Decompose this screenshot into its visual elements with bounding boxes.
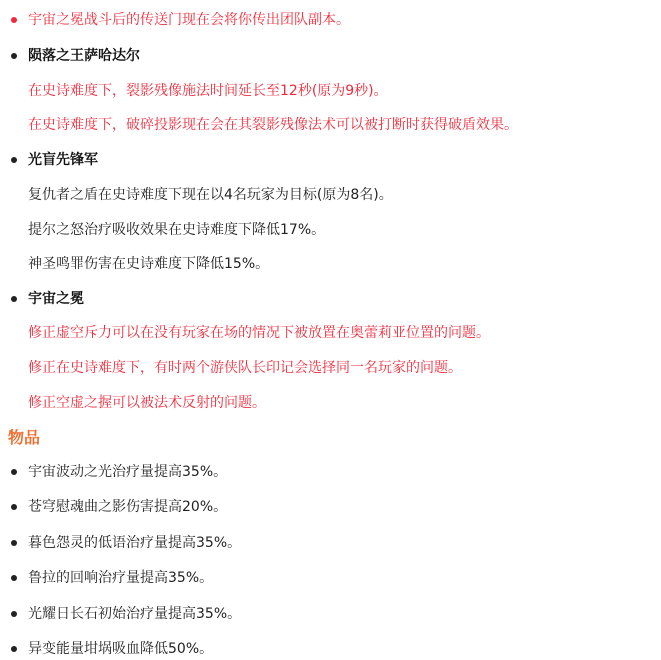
boss-note: 提尔之怒治疗吸收效果在史诗难度下降低17%。	[0, 219, 325, 241]
bullet-icon	[11, 469, 17, 475]
item-text: 鲁拉的回响治疗量提高35%。	[28, 570, 213, 586]
boss-note: 在史诗难度下，裂影残像施法时间延长至12秒(原为9秒)。	[0, 80, 388, 102]
boss-note: 复仇者之盾在史诗难度下现在以4名玩家为目标(原为8名)。	[0, 184, 393, 206]
boss-heading-vanguard: 光盲先锋军	[0, 149, 98, 171]
item-text: 光耀日长石初始治疗量提高35%。	[28, 606, 241, 622]
note-text: 在史诗难度下，破碎投影现在会在其裂影残像法术可以被打断时获得破盾效果。	[28, 117, 518, 133]
item-list-item: 宇宙波动之光治疗量提高35%。	[0, 461, 227, 483]
patch-notes-document: 宇宙之冕战斗后的传送门现在会将你传出团队副本。 陨落之王萨哈达尔 在史诗难度下，…	[0, 0, 661, 660]
note-text: 在史诗难度下，裂影残像施法时间延长至12秒(原为9秒)。	[28, 83, 388, 99]
boss-note: 修正在史诗难度下，有时两个游侠队长印记会选择同一名玩家的问题。	[0, 357, 462, 379]
note-text: 神圣鸣罪伤害在史诗难度下降低15%。	[28, 256, 269, 272]
item-text: 苍穹慰魂曲之影伤害提高20%。	[28, 499, 227, 515]
boss-heading-crown: 宇宙之冕	[0, 288, 84, 310]
item-list-item: 鲁拉的回响治疗量提高35%。	[0, 567, 213, 589]
bullet-icon	[11, 53, 17, 59]
note-text: 复仇者之盾在史诗难度下现在以4名玩家为目标(原为8名)。	[28, 187, 393, 203]
item-list-item: 异变能量坩埚吸血降低50%。	[0, 638, 213, 660]
bullet-icon	[11, 504, 17, 510]
boss-note: 在史诗难度下，破碎投影现在会在其裂影残像法术可以被打断时获得破盾效果。	[0, 114, 518, 136]
boss-name: 宇宙之冕	[28, 291, 84, 307]
boss-note: 修正虚空斥力可以在没有玩家在场的情况下被放置在奥蕾莉亚位置的问题。	[0, 322, 490, 344]
boss-name: 陨落之王萨哈达尔	[28, 48, 140, 64]
bullet-icon	[11, 296, 17, 302]
section-heading-items: 物品	[8, 427, 40, 449]
item-list-item: 暮色怨灵的低语治疗量提高35%。	[0, 532, 241, 554]
bullet-icon	[11, 540, 17, 546]
bullet-icon	[11, 646, 17, 652]
item-text: 宇宙波动之光治疗量提高35%。	[28, 464, 227, 480]
list-item-portal-note: 宇宙之冕战斗后的传送门现在会将你传出团队副本。	[0, 9, 350, 31]
note-text: 宇宙之冕战斗后的传送门现在会将你传出团队副本。	[28, 12, 350, 28]
boss-name: 光盲先锋军	[28, 152, 98, 168]
boss-note: 修正空虚之握可以被法术反射的问题。	[0, 392, 266, 414]
note-text: 修正空虚之握可以被法术反射的问题。	[28, 395, 266, 411]
note-text: 提尔之怒治疗吸收效果在史诗难度下降低17%。	[28, 222, 325, 238]
item-list-item: 光耀日长石初始治疗量提高35%。	[0, 603, 241, 625]
boss-heading-sahadar: 陨落之王萨哈达尔	[0, 45, 140, 67]
bullet-icon	[11, 611, 17, 617]
boss-note: 神圣鸣罪伤害在史诗难度下降低15%。	[0, 253, 269, 275]
item-list-item: 苍穹慰魂曲之影伤害提高20%。	[0, 496, 227, 518]
bullet-icon	[11, 157, 17, 163]
bullet-icon	[11, 575, 17, 581]
note-text: 修正在史诗难度下，有时两个游侠队长印记会选择同一名玩家的问题。	[28, 360, 462, 376]
item-text: 暮色怨灵的低语治疗量提高35%。	[28, 535, 241, 551]
item-text: 异变能量坩埚吸血降低50%。	[28, 641, 213, 657]
note-text: 修正虚空斥力可以在没有玩家在场的情况下被放置在奥蕾莉亚位置的问题。	[28, 325, 490, 341]
bullet-icon	[11, 17, 17, 23]
